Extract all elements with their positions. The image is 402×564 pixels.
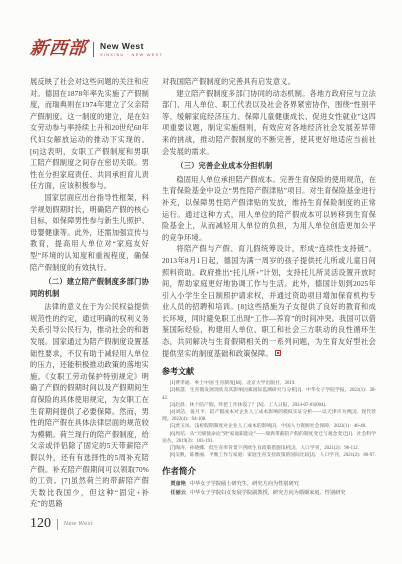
author-section-heading: 作者简介 (162, 466, 376, 477)
logo-brand-en: New West (100, 42, 163, 51)
reference-item: [3]赵晨．休个陪产假，咋把工作休没了？[N]．工人日报，2024-07-03(… (162, 402, 376, 409)
reference-item: [8]吴帆，陈雅丽．平衡工作与家庭：家庭生育支持政策的国际比较[J]．人口学刊，… (162, 452, 376, 459)
reference-item: [2]杨慧．生育假发展现状及其影响因素国际监测研究与分析[J]．中华女子学院学报… (162, 387, 376, 401)
body-paragraph: 对我国陪产假制度的完善具有启发意义。 (162, 77, 376, 89)
body-paragraph: 法律的意义在于为公民权益提供规范性的约定，通过明确的权利义务关系引导公民行为，推… (30, 302, 149, 511)
reference-item: [7]陶涛，孙晓娜．低生育率背景下西欧生育政策措施浅析[J]．人口学刊，2021… (162, 445, 376, 452)
paragraph-text: 将陪产假与产假、育儿假统筹设计，形成“连续性支持链”。2013年8月1日起，德国… (162, 245, 376, 357)
body-paragraph: 展反映了社会对这些问题的关注和应对。德国在1878年率先实施了产假制度，而瑞典则… (30, 77, 149, 193)
reference-item: [4]刘洁，晏月平．陪产假成本对企业人工成本影响的模拟实证分析——以天津市为例[… (162, 409, 376, 423)
footer-journal-name: New West (64, 521, 93, 527)
author-bio: 任丽云中华女子学院妇女发展学院副教授，研究方向为婚姻家庭、性别研究 (162, 489, 376, 497)
body-paragraph: 将陪产假与产假、育儿假统筹设计，形成“连续性支持链”。2013年8月1日起，德国… (162, 244, 376, 360)
author-bio-text: 中华女子学院硕士研究生，研究方向为性别研究 (190, 481, 299, 487)
reference-item: [5]贾玉凤．浅析假期制度对企业人工成本的影响[J]．中国人力资源社会保障，20… (162, 423, 376, 430)
reference-item: [1]费孝通．乡土中国 生育制度[M]．北京大学出版社，2019. (162, 380, 376, 387)
body-paragraph: 建立陪产假制度多部门协同的动态机制。各地方政府应与立法部门、用人单位、职工代表以… (162, 89, 376, 159)
page-number: 120 (30, 516, 51, 532)
journal-page: 新西部 New West XINXIBU · NEW WEST 展反映了社会对这… (0, 0, 402, 564)
logo-brand-sub: XINXIBU · NEW WEST (100, 52, 163, 57)
logo-brand-en-block: New West XINXIBU · NEW WEST (100, 42, 163, 57)
left-column: 展反映了社会对这些问题的关注和应对。德国在1878年率先实施了产假制度，而瑞典则… (30, 77, 149, 511)
body-paragraph: 国家层面应出台指导性框架，科学规划假期时长，明确陪产假的核心目标，如保障男性参与… (30, 193, 149, 274)
logo-brand-cn: 新西部 (29, 40, 88, 58)
author-bio: 贾彦艳中华女子学院硕士研究生，研究方向为性别研究 (162, 480, 376, 488)
section-subheading: （三）完善企业成本分担机制 (162, 161, 376, 173)
logo-divider (93, 42, 94, 57)
article-end-mark-icon (275, 350, 281, 356)
author-name: 任丽云 (170, 490, 186, 496)
author-bio-text: 中华女子学院妇女发展学院副教授，研究方向为婚姻家庭、性别研究 (190, 490, 346, 496)
body-paragraph: 稳固用人单位承担陪产假成本。完善生育保险的使用规范，在生育保险基金中设立“男性陪… (162, 175, 376, 245)
references-heading: 参考文献 (162, 367, 376, 377)
journal-logo: 新西部 New West XINXIBU · NEW WEST (30, 40, 163, 58)
page-footer: 120 New West (30, 516, 93, 532)
reference-item: [6]周培．从“天赋使命论”到“家庭职能论”——瑞典带薪陪产假的制度变迁与观念变… (162, 431, 376, 445)
footer-divider (57, 519, 58, 530)
right-column: 对我国陪产假制度的完善具有启发意义。 建立陪产假制度多部门协同的动态机制。各地方… (162, 77, 376, 497)
section-subheading: （二）建立陪产假制度多部门协同的机制 (30, 277, 149, 300)
author-name: 贾彦艳 (170, 481, 186, 487)
